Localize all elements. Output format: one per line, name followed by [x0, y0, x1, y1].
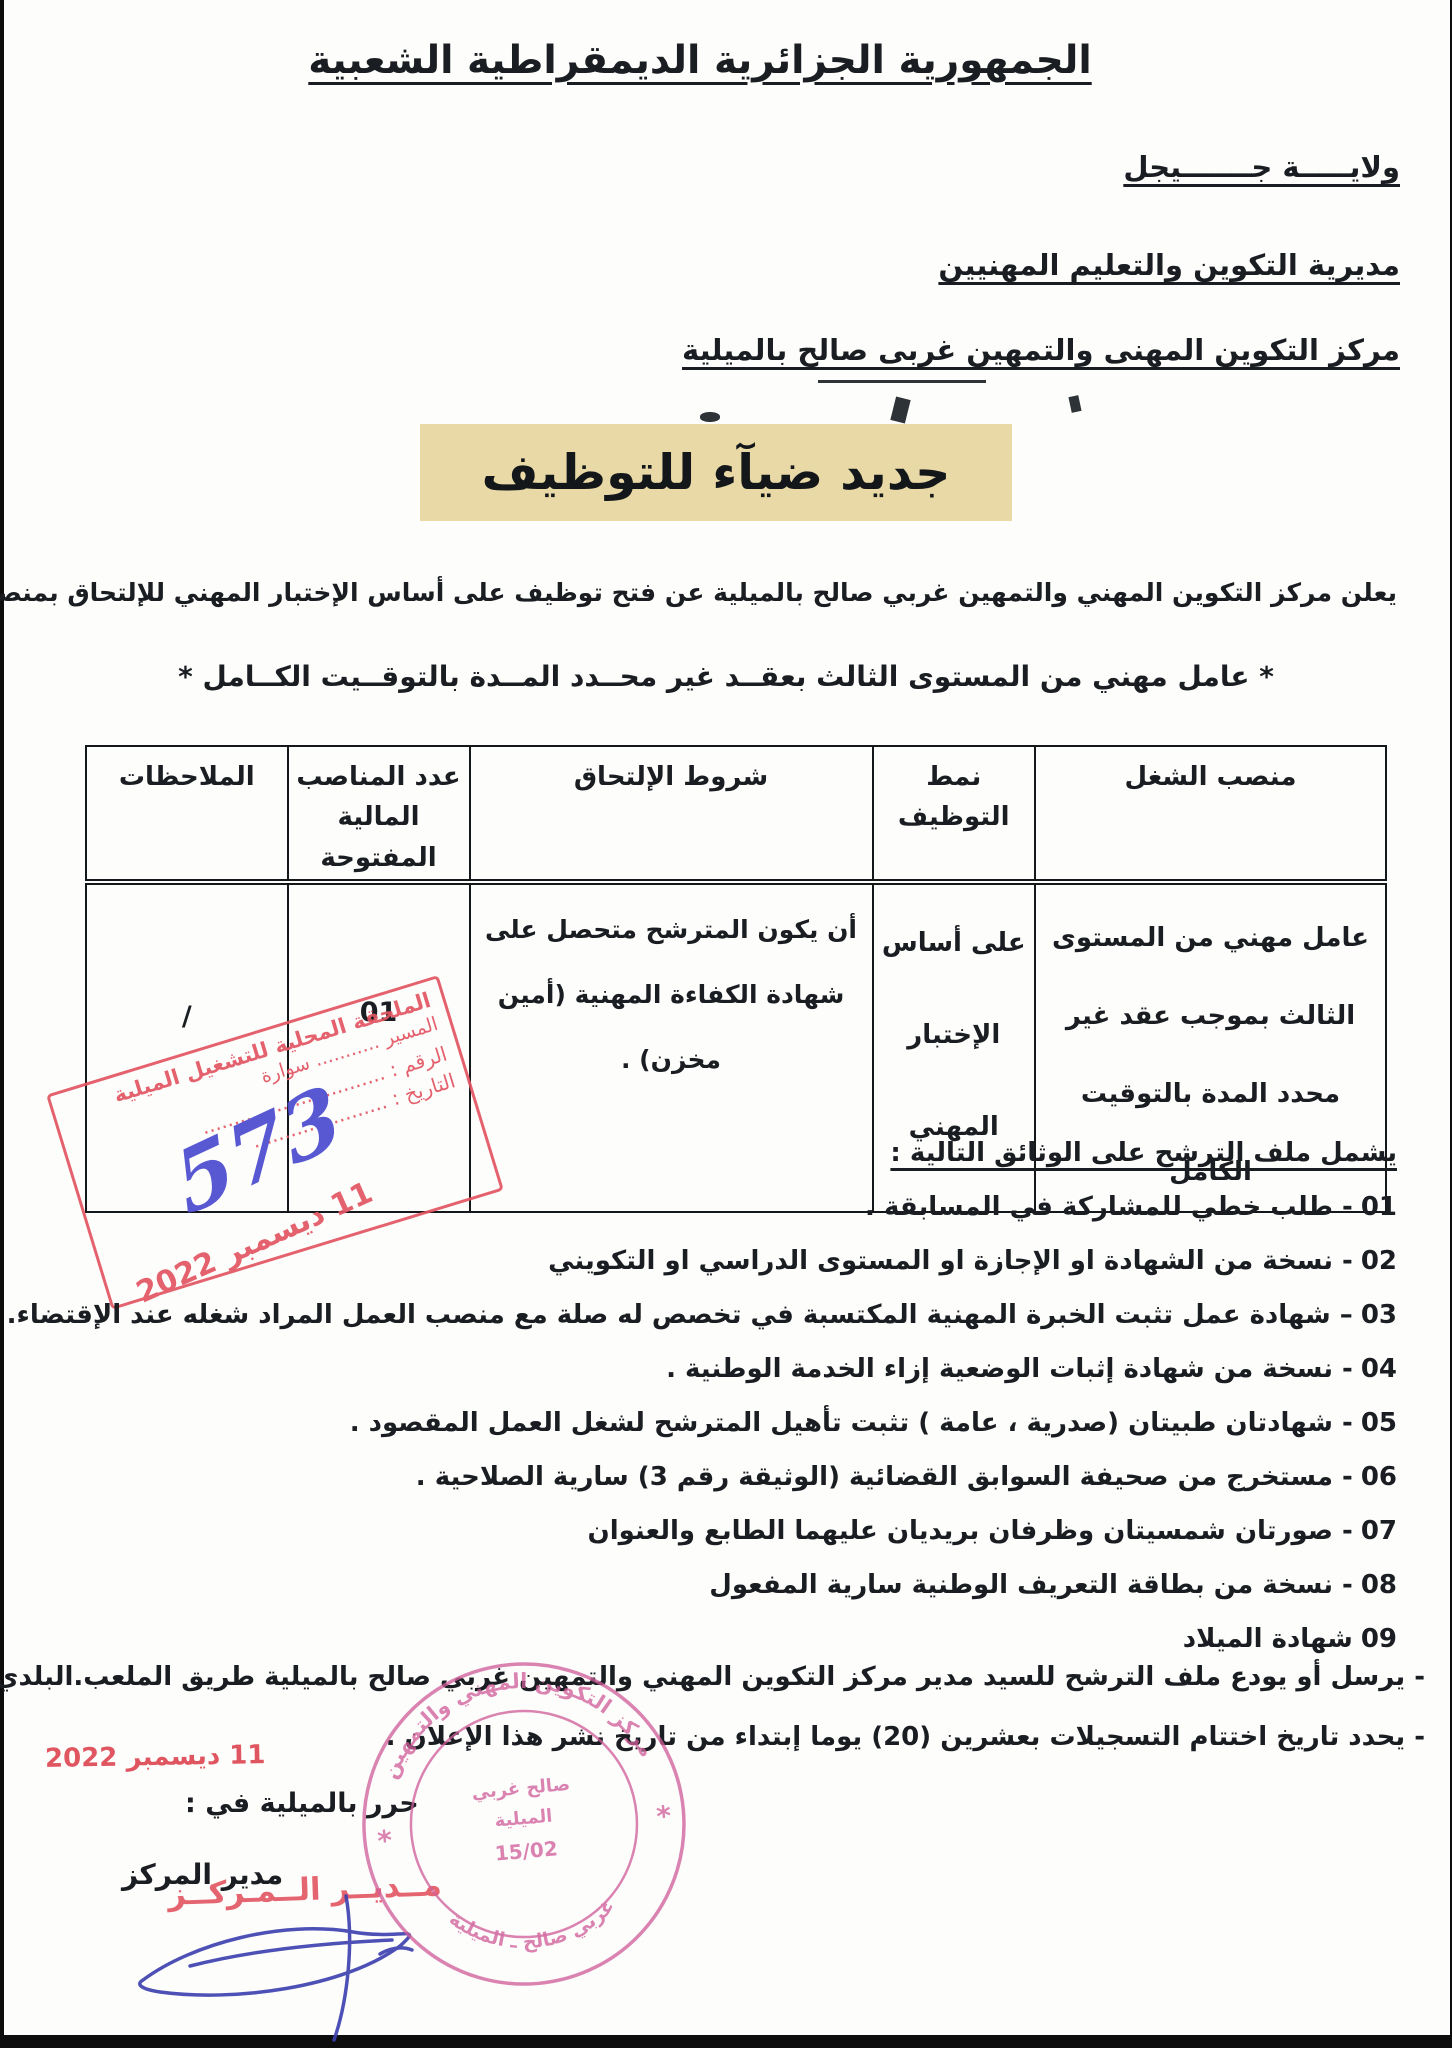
round-stamp-bottom-text: غربي صالح ـ الميلية — [444, 1894, 623, 1961]
highlight-banner: جديد ضيآء للتوظيف — [420, 424, 1012, 521]
item-text: - نسخة من بطاقة التعريف الوطنية سارية ال… — [709, 1570, 1353, 1600]
header-mode: نمط التوظيف — [873, 746, 1036, 882]
list-item: 06- مستخرج من صحيفة السوابق القضائية (ال… — [7, 1450, 1397, 1504]
header-open-posts: عدد المناصب المالية المفتوحة — [288, 746, 470, 882]
list-item: 01- طلب خطي للمشاركة في المسابقة . — [7, 1180, 1397, 1234]
item-number: 06 — [1361, 1462, 1397, 1492]
list-item: 08- نسخة من بطاقة التعريف الوطنية سارية … — [7, 1558, 1397, 1612]
item-text: شهادة الميلاد — [1183, 1624, 1353, 1654]
item-text: – شهادة عمل تثبت الخبرة المهنية المكتسبة… — [7, 1300, 1353, 1330]
covered-text-fragment — [700, 412, 720, 422]
header-conditions: شروط الإلتحاق — [470, 746, 873, 882]
item-number: 02 — [1361, 1246, 1397, 1276]
banner-title: جديد ضيآء للتوظيف — [420, 424, 1012, 521]
date-stamp: 11 ديسمبر 2022 — [45, 1740, 266, 1774]
covered-text-underline-fragment — [818, 380, 986, 383]
covered-text-fragment — [1068, 395, 1081, 413]
position-line: * عامل مهني من المستوى الثالث بعقــد غير… — [0, 660, 1452, 693]
item-number: 08 — [1361, 1570, 1397, 1600]
list-item: 05- شهادتان طبيتان (صدرية ، عامة ) تثبت … — [7, 1396, 1397, 1450]
scan-edge-left — [0, 0, 4, 2048]
intro-line: يعلن مركز التكوين المهني والتمهين غربي ص… — [0, 578, 1397, 607]
item-number: 04 — [1361, 1354, 1397, 1384]
header-notes: الملاحظات — [86, 746, 288, 882]
wilaya-line: ولايـــــة جـــــــيجل — [1123, 150, 1400, 184]
round-stamp-center-line2: الميلية — [494, 1806, 554, 1832]
item-text: - مستخرج من صحيفة السوابق القضائية (الوث… — [416, 1462, 1353, 1492]
item-text: - نسخة من الشهادة او الإجازة او المستوى … — [548, 1246, 1353, 1276]
list-item: 02- نسخة من الشهادة او الإجازة او المستو… — [7, 1234, 1397, 1288]
round-stamp-center-code: 15/02 — [494, 1836, 559, 1865]
round-stamp-star-left: * — [376, 1824, 394, 1858]
note-submission: - يرسل أو يودع ملف الترشح للسيد مدير مرك… — [0, 1662, 1425, 1692]
round-stamp-top-text: مركز التكوين المهني والتمهين — [369, 1657, 660, 1784]
item-text: - نسخة من شهادة إثبات الوضعية إزاء الخدم… — [666, 1354, 1353, 1384]
round-official-stamp: مركز التكوين المهني والتمهين غربي صالح ـ… — [338, 1638, 712, 2012]
item-number: 03 — [1361, 1300, 1397, 1330]
center-line: مركز التكوين المهنى والتمهين غربى صالح ب… — [682, 333, 1400, 367]
round-stamp-center-line1: صالح غربي — [471, 1774, 571, 1804]
item-number: 09 — [1361, 1624, 1397, 1654]
item-text: - شهادتان طبيتان (صدرية ، عامة ) تثبت تأ… — [350, 1408, 1353, 1438]
list-item: 09شهادة الميلاد — [7, 1612, 1397, 1666]
round-stamp-star-right: * — [655, 1799, 673, 1833]
scanned-job-announcement: الجمهورية الجزائرية الديمقراطية الشعبية … — [0, 0, 1452, 2048]
list-item: 03– شهادة عمل تثبت الخبرة المهنية المكتس… — [7, 1288, 1397, 1342]
list-item: 07- صورتان شمسيتان وظرفان بريديان عليهما… — [7, 1504, 1397, 1558]
item-number: 01 — [1361, 1192, 1397, 1222]
item-number: 05 — [1361, 1408, 1397, 1438]
item-text: - طلب خطي للمشاركة في المسابقة . — [865, 1192, 1353, 1222]
header-position: منصب الشغل — [1035, 746, 1386, 882]
item-number: 07 — [1361, 1516, 1397, 1546]
republic-title: الجمهورية الجزائرية الديمقراطية الشعبية — [230, 38, 1170, 83]
cell-conditions: أن يكون المترشح متحصل على شهادة الكفاءة … — [470, 882, 873, 1212]
list-item: 04- نسخة من شهادة إثبات الوضعية إزاء الخ… — [7, 1342, 1397, 1396]
covered-text-fragment — [890, 397, 910, 424]
item-text: - صورتان شمسيتان وظرفان بريديان عليهما ا… — [588, 1516, 1353, 1546]
directorate-line: مديرية التكوين والتعليم المهنيين — [938, 248, 1400, 282]
documents-list: 01- طلب خطي للمشاركة في المسابقة . 02- ن… — [7, 1180, 1397, 1666]
documents-heading: يشمل ملف الترشح على الوثائق التالية : — [890, 1138, 1397, 1168]
table-header-row: منصب الشغل نمط التوظيف شروط الإلتحاق عدد… — [86, 746, 1386, 882]
